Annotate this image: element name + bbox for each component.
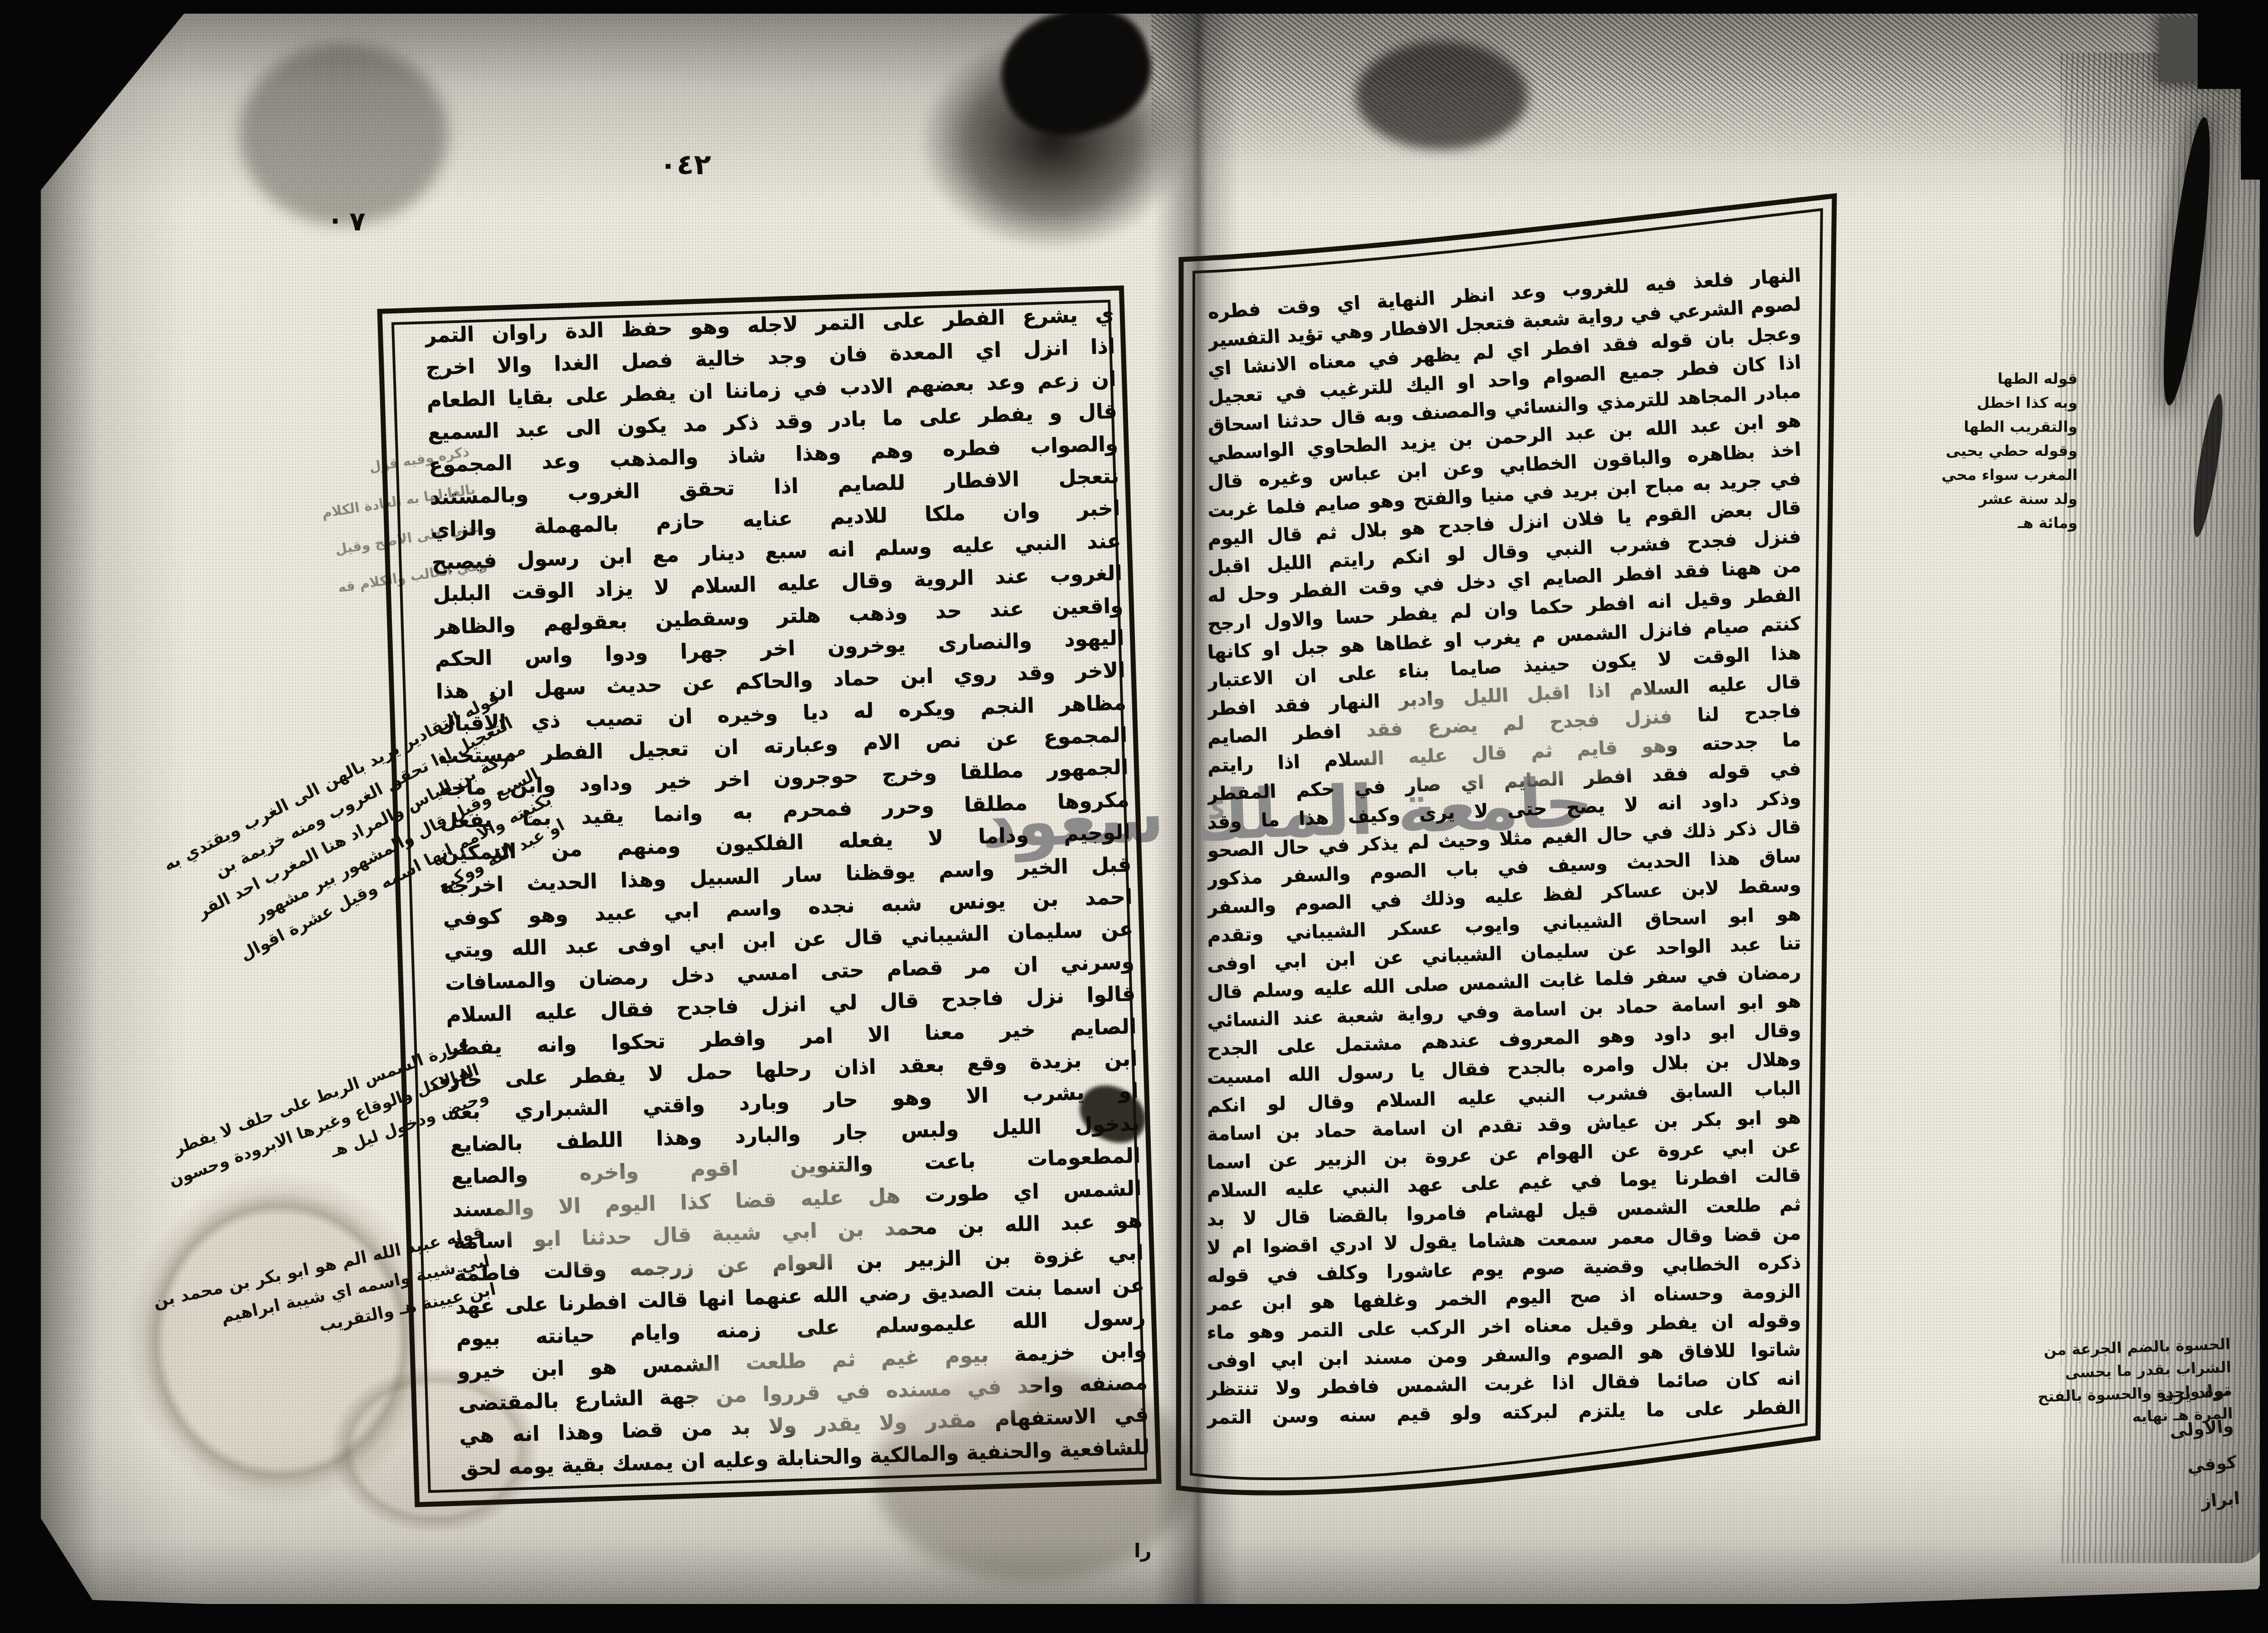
scanner-background-bottom-fill [0,1615,2268,1633]
margin-note-right-top: قوله الطهاوبه كذا اخطلوالتقريب الطهاوقول… [1923,367,2077,535]
left-page-text-block: ي يشرع الفطر على التمر لاجله وهو حفظ الد… [424,298,1150,1485]
scanner-background-right [2260,0,2268,1633]
right-top-note-line-0: قوله الطها [1923,367,2077,391]
book-paper: جامعة الملك سعود ي يشرع الفطر على التمر … [40,12,2263,1604]
folio-page-number: ٠٤٢ [660,148,711,181]
scanner-background-top [0,0,2268,14]
right-top-note-line-3: وقوله حطي يحيى [1923,439,2077,463]
catchword: را [1134,1540,1152,1562]
worn-patch [689,1336,1033,1441]
scanner-notch-top-right-2 [2241,89,2268,180]
right-top-note-line-6: ومائة هـ [1923,511,2077,535]
scanner-background-left [0,0,41,1633]
margin-note-fore-edge: تولد يزيدوالاولىكوفيابراز [2093,1372,2242,1528]
right-top-note-line-2: والتقريب الطها [1923,415,2077,439]
scanner-notch-top-right [2198,0,2268,89]
quire-mark: ٧ · [330,206,366,237]
right-top-note-line-1: وبه كذا اخطل [1923,391,2077,415]
right-top-note-line-4: المغرب سواء محي [1923,463,2077,487]
right-top-note-line-5: ولد سنة عشر [1923,487,2077,511]
scanned-book-spread: جامعة الملك سعود ي يشرع الفطر على التمر … [0,0,2268,1633]
worn-patch [498,1155,915,1277]
